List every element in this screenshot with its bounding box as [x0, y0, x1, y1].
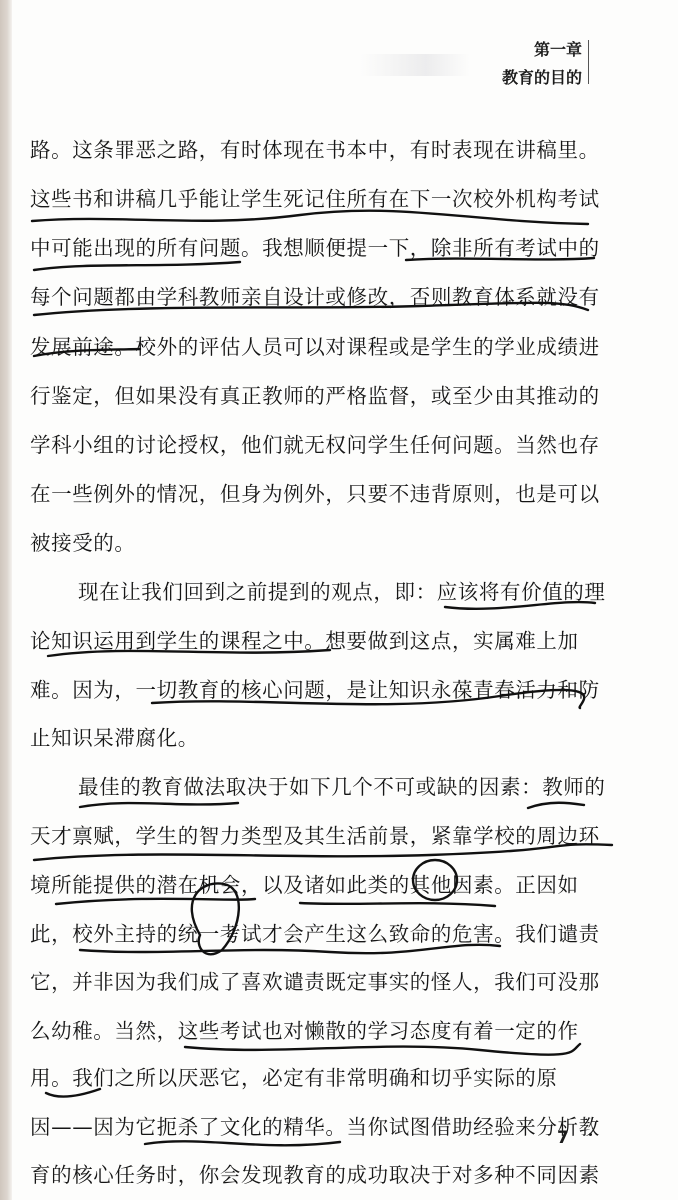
underline-mark: [528, 803, 584, 808]
chapter-title: 教育的目的: [502, 64, 582, 92]
text-line: 此，校外主持的统一考试才会产生这么致命的危害。我们谴责: [30, 922, 600, 946]
text-line: 行鉴定，但如果没有真正教师的严格监督，或至少由其推动的: [30, 384, 600, 408]
chapter-label: 第一章: [502, 36, 582, 64]
underline-mark: [145, 1141, 340, 1145]
bleed-through-ghost: [360, 54, 470, 76]
text-line: 被接受的。: [30, 531, 600, 555]
paragraph-start-line: 最佳的教育做法取决于如下几个不可或缺的因素：教师的: [78, 775, 648, 799]
underline-mark: [185, 1044, 580, 1055]
underline-mark: [46, 1089, 100, 1097]
page-number: 7: [557, 1128, 569, 1148]
page-number-dot: [589, 1133, 592, 1136]
underline-mark: [34, 262, 240, 270]
text-line: 用。我们之所以厌恶它，必定有非常明确和切乎实际的原: [30, 1066, 600, 1090]
text-line: 难。因为，一切教育的核心问题，是让知识永葆青春活力和防: [30, 678, 600, 702]
underline-mark: [32, 211, 588, 224]
text-line: 天才禀赋，学生的智力类型及其生活前景，紧靠学校的周边环: [30, 824, 600, 848]
running-head: 第一章 教育的目的: [502, 36, 582, 92]
text-line: 学科小组的讨论授权，他们就无权问学生任何问题。当然也存: [30, 433, 600, 457]
text-line: 止知识呆滞腐化。: [30, 726, 600, 750]
paragraph-start-line: 现在让我们回到之前提到的观点，即：应该将有价值的理: [78, 580, 648, 604]
text-line: 因——因为它扼杀了文化的精华。当你试图借助经验来分析教: [30, 1115, 600, 1139]
text-line: 么幼稚。当然，这些考试也对懒散的学习态度有着一定的作: [30, 1019, 600, 1043]
text-line: 这些书和讲稿几乎能让学生死记住所有在下一次校外机构考试: [30, 187, 600, 211]
text-line: 育的核心任务时，你会发现教育的成功取决于对多种不同因素: [30, 1163, 600, 1187]
underline-mark: [300, 903, 495, 906]
text-line: 在一些例外的情况，但身为例外，只要不违背原则，也是可以: [30, 482, 600, 506]
underline-mark: [56, 899, 255, 904]
text-line: 它，并非因为我们成了喜欢谴责既定事实的怪人，我们可没那: [30, 970, 600, 994]
text-line: 论知识运用到学生的课程之中。想要做到这点，实属难上加: [30, 629, 600, 653]
underline-mark: [80, 945, 500, 953]
book-page: 第一章 教育的目的 路。这条罪恶之路，有时体现在书本中，有时表现在讲稿里。 这些…: [0, 0, 678, 1200]
text-line: 境所能提供的潜在机会，以及诸如此类的其他因素。正因如: [30, 873, 600, 897]
text-line: 路。这条罪恶之路，有时体现在书本中，有时表现在讲稿里。: [30, 138, 600, 162]
text-line: 中可能出现的所有问题。我想顺便提一下，除非所有考试中的: [30, 236, 600, 260]
text-line: 每个问题都由学科教师亲自设计或修改，否则教育体系就没有: [30, 285, 600, 309]
running-head-rule: [588, 40, 589, 84]
underline-mark: [80, 803, 238, 807]
text-line: 发展前途。校外的评估人员可以对课程或是学生的学业成绩进: [30, 335, 600, 359]
